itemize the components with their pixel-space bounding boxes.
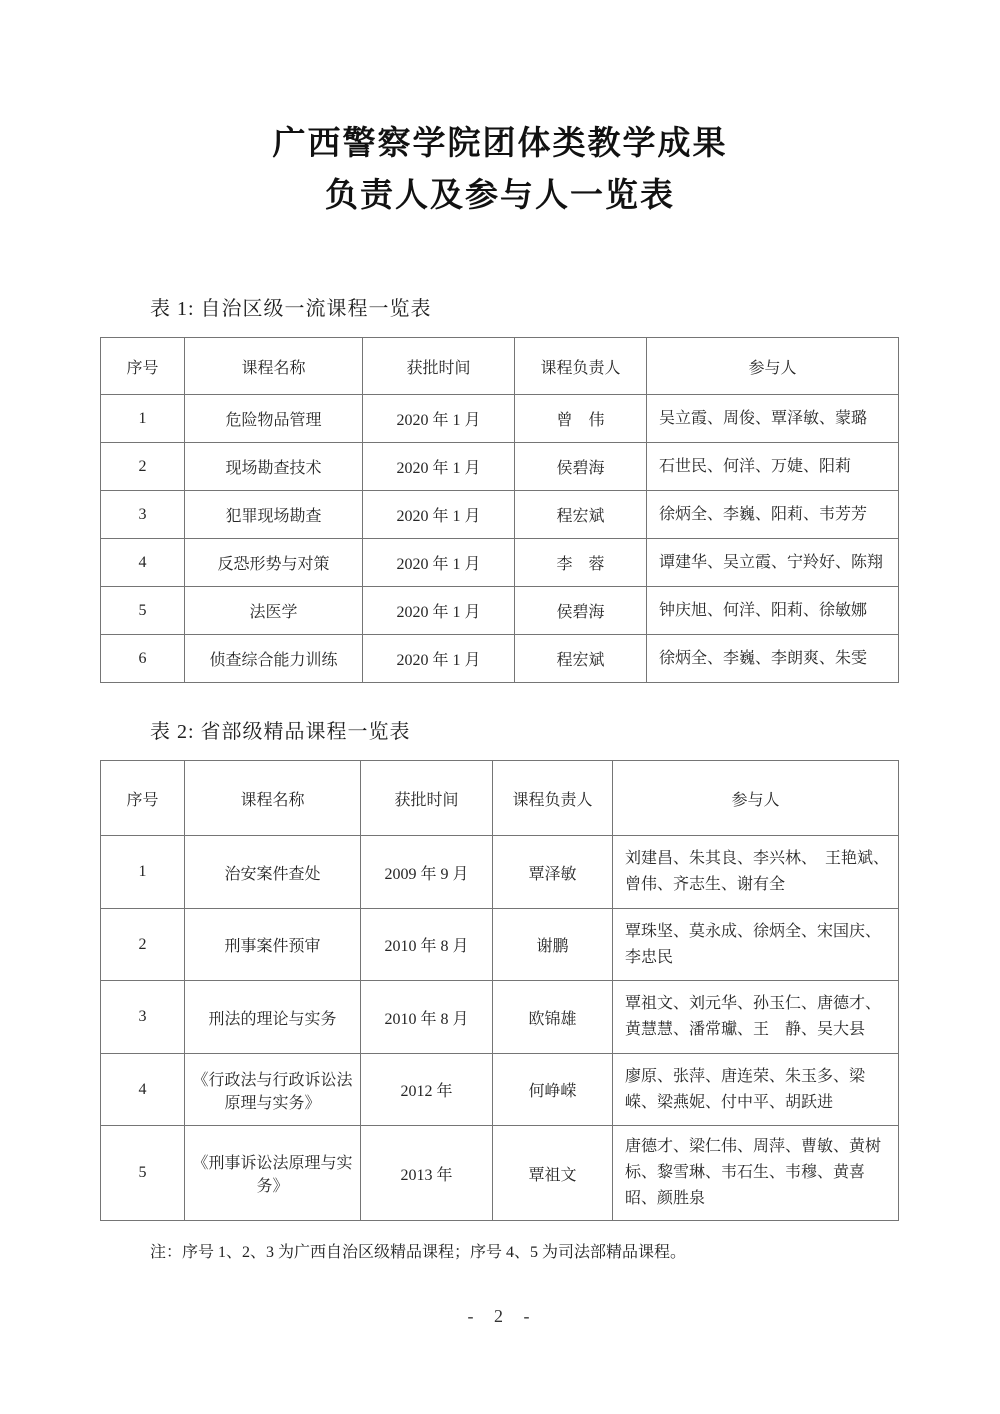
table-row: 5 法医学 2020 年 1 月 侯碧海 钟庆旭、何洋、阳莉、徐敏娜: [101, 587, 899, 635]
page-number: - 2 -: [0, 1306, 1000, 1327]
table-row: 1 危险物品管理 2020 年 1 月 曾 伟 吴立霞、周俊、覃泽敏、蒙璐: [101, 395, 899, 443]
cell-serial: 6: [101, 635, 185, 683]
cell-serial: 3: [101, 981, 185, 1054]
column-header-approval-date: 获批时间: [363, 338, 515, 395]
table-row: 4 《行政法与行政诉讼法原理与实务》 2012 年 何峥嵘 廖原、张萍、唐连荣、…: [101, 1054, 899, 1126]
cell-participants: 覃祖文、刘元华、孙玉仁、唐德才、黄慧慧、潘常瓛、王 静、吴大县: [613, 981, 899, 1054]
cell-leader: 李 蓉: [515, 539, 647, 587]
cell-participants: 覃珠坚、莫永成、徐炳全、宋国庆、李忠民: [613, 909, 899, 981]
cell-serial: 2: [101, 443, 185, 491]
column-header-serial: 序号: [101, 338, 185, 395]
cell-course-name: 现场勘查技术: [185, 443, 363, 491]
column-header-course-name: 课程名称: [185, 761, 361, 836]
footnote: 注：序号 1、2、3 为广西自治区级精品课程；序号 4、5 为司法部精品课程。: [150, 1239, 1000, 1262]
cell-serial: 5: [101, 587, 185, 635]
cell-course-name: 侦查综合能力训练: [185, 635, 363, 683]
column-header-serial: 序号: [101, 761, 185, 836]
cell-leader: 侯碧海: [515, 587, 647, 635]
column-header-participants: 参与人: [613, 761, 899, 836]
cell-course-name: 《刑事诉讼法原理与实务》: [185, 1126, 361, 1221]
cell-approval-date: 2012 年: [361, 1054, 493, 1126]
table2: 序号 课程名称 获批时间 课程负责人 参与人 1 治安案件查处 2009 年 9…: [100, 760, 899, 1221]
cell-serial: 1: [101, 395, 185, 443]
cell-approval-date: 2020 年 1 月: [363, 395, 515, 443]
table1-header-row: 序号 课程名称 获批时间 课程负责人 参与人: [101, 338, 899, 395]
cell-participants: 石世民、何洋、万婕、阳莉: [647, 443, 899, 491]
cell-serial: 4: [101, 1054, 185, 1126]
cell-course-name: 犯罪现场勘查: [185, 491, 363, 539]
cell-course-name: 刑事案件预审: [185, 909, 361, 981]
cell-serial: 1: [101, 836, 185, 909]
cell-leader: 欧锦雄: [493, 981, 613, 1054]
table1: 序号 课程名称 获批时间 课程负责人 参与人 1 危险物品管理 2020 年 1…: [100, 337, 899, 683]
cell-course-name: 反恐形势与对策: [185, 539, 363, 587]
cell-leader: 程宏斌: [515, 635, 647, 683]
table-row: 1 治安案件查处 2009 年 9 月 覃泽敏 刘建昌、朱其良、李兴林、 王艳斌…: [101, 836, 899, 909]
cell-participants: 徐炳全、李巍、阳莉、韦芳芳: [647, 491, 899, 539]
column-header-leader: 课程负责人: [515, 338, 647, 395]
table-row: 2 现场勘查技术 2020 年 1 月 侯碧海 石世民、何洋、万婕、阳莉: [101, 443, 899, 491]
column-header-course-name: 课程名称: [185, 338, 363, 395]
cell-leader: 覃祖文: [493, 1126, 613, 1221]
table-row: 2 刑事案件预审 2010 年 8 月 谢鹏 覃珠坚、莫永成、徐炳全、宋国庆、李…: [101, 909, 899, 981]
cell-leader: 何峥嵘: [493, 1054, 613, 1126]
cell-serial: 2: [101, 909, 185, 981]
column-header-participants: 参与人: [647, 338, 899, 395]
table-row: 3 犯罪现场勘查 2020 年 1 月 程宏斌 徐炳全、李巍、阳莉、韦芳芳: [101, 491, 899, 539]
cell-participants: 唐德才、梁仁伟、周萍、曹敏、黄树标、黎雪琳、韦石生、韦穆、黄喜昭、颜胜泉: [613, 1126, 899, 1221]
cell-participants: 钟庆旭、何洋、阳莉、徐敏娜: [647, 587, 899, 635]
cell-participants: 徐炳全、李巍、李朗爽、朱雯: [647, 635, 899, 683]
table-row: 6 侦查综合能力训练 2020 年 1 月 程宏斌 徐炳全、李巍、李朗爽、朱雯: [101, 635, 899, 683]
cell-approval-date: 2020 年 1 月: [363, 539, 515, 587]
title-line-1: 广西警察学院团体类教学成果: [0, 118, 1000, 170]
cell-course-name: 治安案件查处: [185, 836, 361, 909]
cell-approval-date: 2010 年 8 月: [361, 909, 493, 981]
cell-participants: 廖原、张萍、唐连荣、朱玉多、梁嵘、梁燕妮、付中平、胡跃进: [613, 1054, 899, 1126]
cell-approval-date: 2013 年: [361, 1126, 493, 1221]
cell-leader: 侯碧海: [515, 443, 647, 491]
cell-course-name: 法医学: [185, 587, 363, 635]
cell-approval-date: 2020 年 1 月: [363, 443, 515, 491]
table2-header-row: 序号 课程名称 获批时间 课程负责人 参与人: [101, 761, 899, 836]
table-row: 3 刑法的理论与实务 2010 年 8 月 欧锦雄 覃祖文、刘元华、孙玉仁、唐德…: [101, 981, 899, 1054]
cell-serial: 4: [101, 539, 185, 587]
cell-course-name: 《行政法与行政诉讼法原理与实务》: [185, 1054, 361, 1126]
cell-participants: 吴立霞、周俊、覃泽敏、蒙璐: [647, 395, 899, 443]
cell-approval-date: 2020 年 1 月: [363, 587, 515, 635]
table-row: 4 反恐形势与对策 2020 年 1 月 李 蓉 谭建华、吴立霞、宁羚好、陈翔: [101, 539, 899, 587]
cell-leader: 程宏斌: [515, 491, 647, 539]
document-title: 广西警察学院团体类教学成果 负责人及参与人一览表: [0, 118, 1000, 222]
cell-leader: 谢鹏: [493, 909, 613, 981]
cell-serial: 5: [101, 1126, 185, 1221]
document-page: 广西警察学院团体类教学成果 负责人及参与人一览表 表 1: 自治区级一流课程一览…: [0, 0, 1000, 1414]
cell-leader: 曾 伟: [515, 395, 647, 443]
cell-course-name: 危险物品管理: [185, 395, 363, 443]
cell-serial: 3: [101, 491, 185, 539]
title-line-2: 负责人及参与人一览表: [0, 170, 1000, 222]
cell-approval-date: 2020 年 1 月: [363, 635, 515, 683]
cell-approval-date: 2009 年 9 月: [361, 836, 493, 909]
cell-course-name: 刑法的理论与实务: [185, 981, 361, 1054]
cell-approval-date: 2010 年 8 月: [361, 981, 493, 1054]
column-header-leader: 课程负责人: [493, 761, 613, 836]
table2-caption: 表 2: 省部级精品课程一览表: [150, 715, 1000, 744]
table1-caption: 表 1: 自治区级一流课程一览表: [150, 292, 1000, 321]
cell-leader: 覃泽敏: [493, 836, 613, 909]
cell-approval-date: 2020 年 1 月: [363, 491, 515, 539]
cell-participants: 谭建华、吴立霞、宁羚好、陈翔: [647, 539, 899, 587]
cell-participants: 刘建昌、朱其良、李兴林、 王艳斌、曾伟、齐志生、谢有全: [613, 836, 899, 909]
column-header-approval-date: 获批时间: [361, 761, 493, 836]
table-row: 5 《刑事诉讼法原理与实务》 2013 年 覃祖文 唐德才、梁仁伟、周萍、曹敏、…: [101, 1126, 899, 1221]
